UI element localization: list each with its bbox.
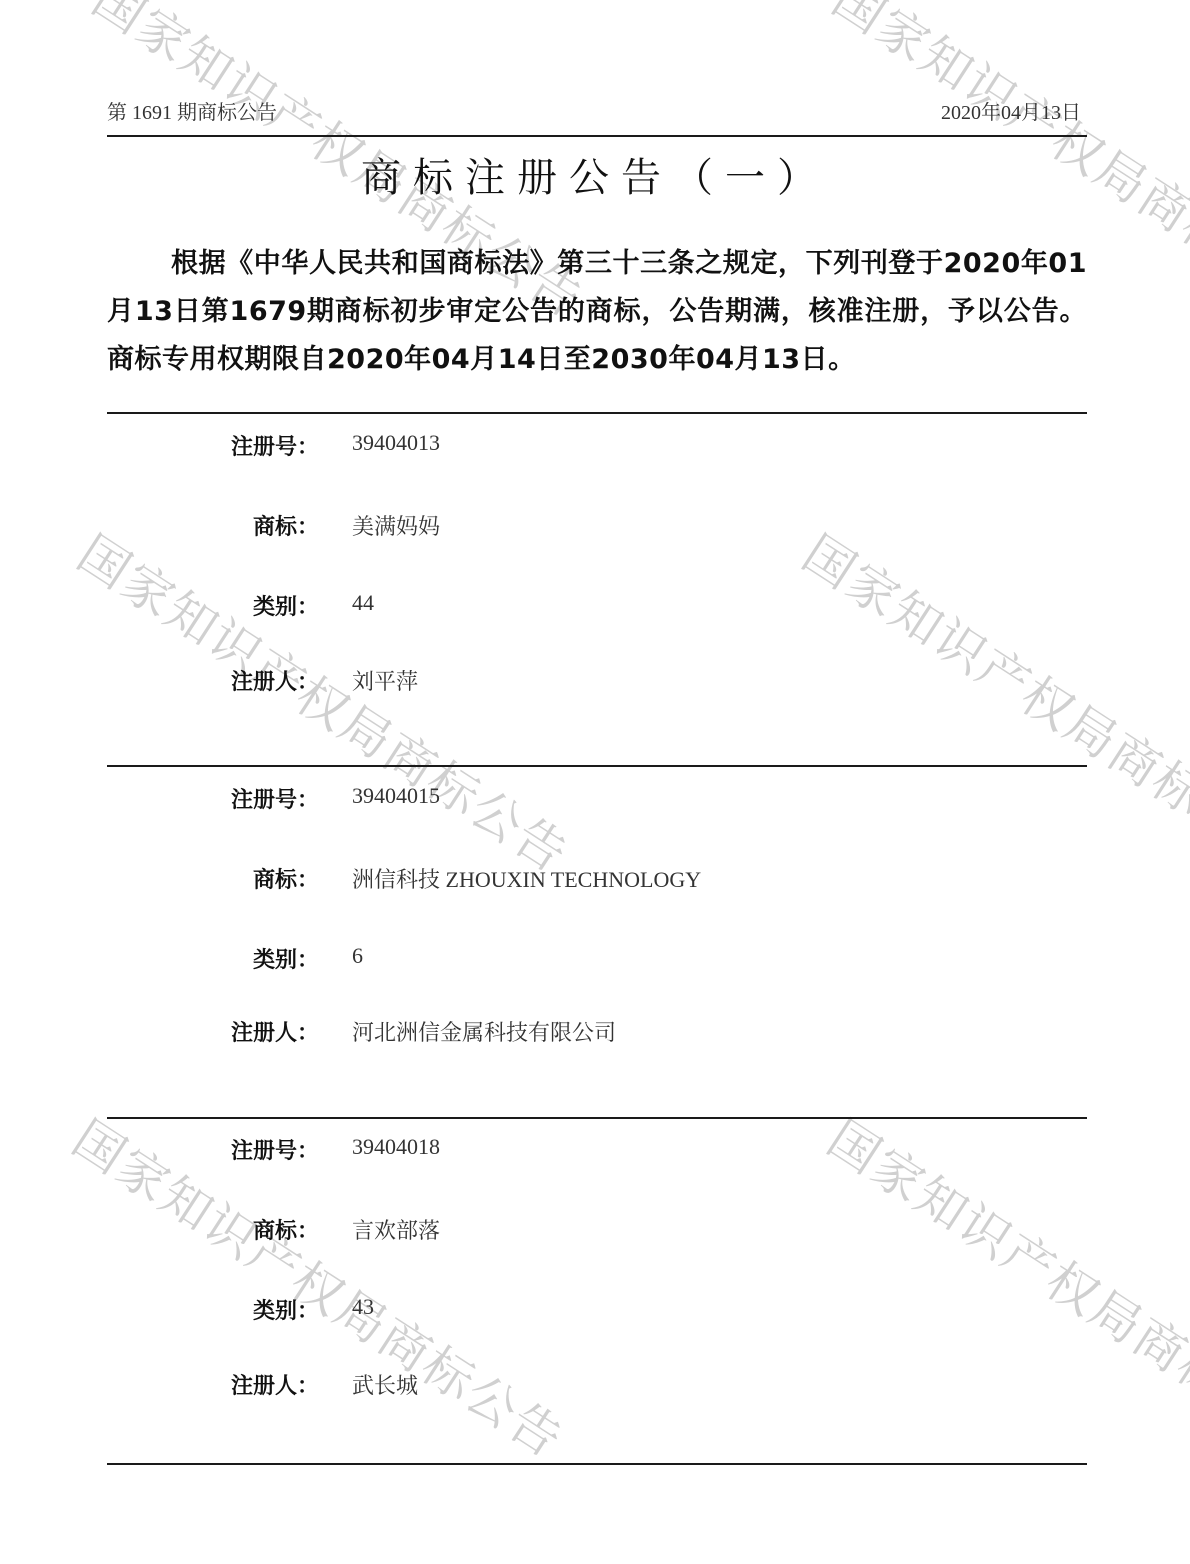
reg-no-value: 39404013 bbox=[352, 430, 440, 456]
class-row: 类别： 6 bbox=[107, 943, 1087, 973]
registrant-row: 注册人： 刘平萍 bbox=[107, 665, 1087, 695]
registrant-value: 武长城 bbox=[352, 1369, 418, 1400]
reg-no-row: 注册号： 39404015 bbox=[107, 783, 1087, 813]
class-value: 44 bbox=[352, 590, 374, 616]
intro-paragraph: 根据《中华人民共和国商标法》第三十三条之规定，下列刊登于2020年01月13日第… bbox=[107, 240, 1087, 384]
watermark: 国家知识产权局商标公告 bbox=[66, 515, 585, 887]
entry-divider bbox=[107, 765, 1087, 767]
mark-row: 商标： 美满妈妈 bbox=[107, 510, 1087, 540]
registrant-label: 注册人： bbox=[231, 1016, 319, 1047]
class-row: 类别： 44 bbox=[107, 590, 1087, 620]
watermark: 国家知识产权局商标公告 bbox=[791, 515, 1190, 887]
class-value: 43 bbox=[352, 1294, 374, 1320]
header-divider bbox=[107, 135, 1087, 137]
page-header: 第 1691 期商标公告 2020年04月13日 bbox=[107, 96, 1087, 128]
issue-number: 第 1691 期商标公告 bbox=[107, 96, 277, 125]
mark-value: 洲信科技 ZHOUXIN TECHNOLOGY bbox=[352, 863, 701, 894]
registrant-value: 河北洲信金属科技有限公司 bbox=[352, 1016, 616, 1047]
reg-no-value: 39404015 bbox=[352, 783, 440, 809]
reg-no-label: 注册号： bbox=[231, 430, 319, 461]
page-title: 商标注册公告（一） bbox=[0, 146, 1190, 203]
class-value: 6 bbox=[352, 943, 363, 969]
registrant-label: 注册人： bbox=[231, 665, 319, 696]
mark-row: 商标： 洲信科技 ZHOUXIN TECHNOLOGY bbox=[107, 863, 1087, 893]
reg-no-row: 注册号： 39404018 bbox=[107, 1134, 1087, 1164]
registrant-value: 刘平萍 bbox=[352, 665, 418, 696]
reg-no-row: 注册号： 39404013 bbox=[107, 430, 1087, 460]
reg-no-label: 注册号： bbox=[231, 1134, 319, 1165]
mark-value: 美满妈妈 bbox=[352, 510, 440, 541]
mark-row: 商标： 言欢部落 bbox=[107, 1214, 1087, 1244]
mark-label: 商标： bbox=[253, 863, 319, 894]
class-label: 类别： bbox=[253, 1294, 319, 1325]
publication-date: 2020年04月13日 bbox=[941, 96, 1081, 125]
registrant-row: 注册人： 河北洲信金属科技有限公司 bbox=[107, 1016, 1087, 1046]
registrant-row: 注册人： 武长城 bbox=[107, 1369, 1087, 1399]
class-row: 类别： 43 bbox=[107, 1294, 1087, 1324]
mark-label: 商标： bbox=[253, 510, 319, 541]
class-label: 类别： bbox=[253, 943, 319, 974]
reg-no-value: 39404018 bbox=[352, 1134, 440, 1160]
entry-divider bbox=[107, 1117, 1087, 1119]
reg-no-label: 注册号： bbox=[231, 783, 319, 814]
entry-divider bbox=[107, 412, 1087, 414]
mark-value: 言欢部落 bbox=[352, 1214, 440, 1245]
footer-divider bbox=[107, 1463, 1087, 1465]
registrant-label: 注册人： bbox=[231, 1369, 319, 1400]
mark-label: 商标： bbox=[253, 1214, 319, 1245]
class-label: 类别： bbox=[253, 590, 319, 621]
